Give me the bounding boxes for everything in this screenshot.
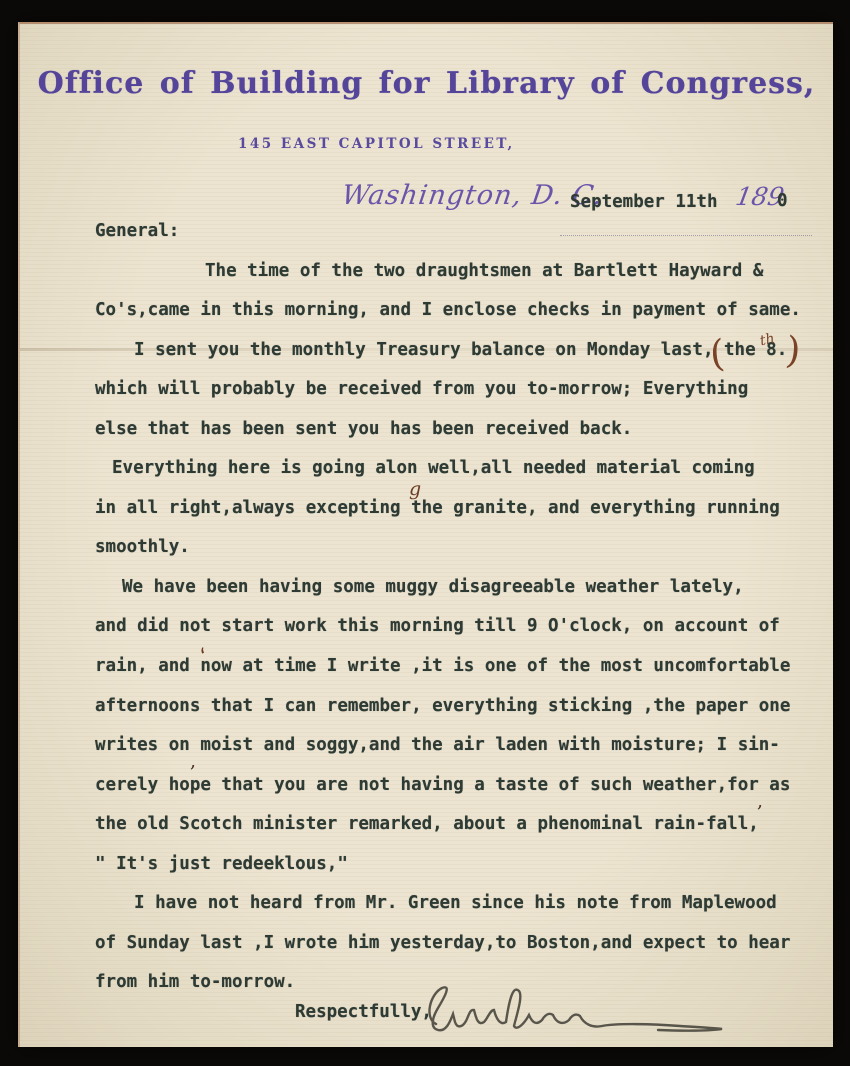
letter-line: and did not start work this morning till…: [20, 607, 833, 647]
letter-line: of Sunday last ,I wrote him yesterday,to…: [20, 924, 833, 964]
letter-line: Everything here is going alon well,all n…: [20, 449, 833, 489]
letter-line: else that has been sent you has been rec…: [20, 410, 833, 450]
handwritten-comma-after-on: ,: [190, 750, 196, 772]
handwritten-inserted-g-annotation: g: [409, 478, 421, 500]
letterhead-address: 145 EAST CAPITOL STREET,: [238, 136, 515, 152]
letter-line: I have not heard from Mr. Green since hi…: [20, 884, 833, 924]
letter-line: which will probably be received from you…: [20, 370, 833, 410]
letter-line: General:: [20, 212, 833, 252]
letter-line: Co's,came in this morning, and I enclose…: [20, 291, 833, 331]
letter-line: smoothly.: [20, 528, 833, 568]
photo-backdrop: { "scene": { "backdrop_color": "#0c0a08"…: [0, 0, 850, 1066]
handwritten-superscript-th-annotation: th: [758, 331, 776, 350]
letter-line: The time of the two draughtsmen at Bartl…: [20, 252, 833, 292]
letter-line: in all right,always excepting the granit…: [20, 489, 833, 529]
typed-year-digit: 0: [777, 191, 788, 211]
letterhead-title: Office of Building for Library of Congre…: [20, 66, 833, 101]
letter-line: We have been having some muggy disagreea…: [20, 568, 833, 608]
letter-line: rain, and now at time I write ,it is one…: [20, 647, 833, 687]
letter-line: cerely hope that you are not having a ta…: [20, 766, 833, 806]
letter-line: writes on moist and soggy,and the air la…: [20, 726, 833, 766]
signature-scrawl: [422, 982, 742, 1044]
letter-paper: Office of Building for Library of Congre…: [18, 22, 833, 1047]
typed-date: September 11th: [570, 192, 718, 212]
letter-line: " It's just redeeklous,": [20, 845, 833, 885]
handwritten-comma-after-for: ,: [757, 790, 763, 812]
letter-line: afternoons that I can remember, everythi…: [20, 687, 833, 727]
letter-line: the old Scotch minister remarked, about …: [20, 805, 833, 845]
